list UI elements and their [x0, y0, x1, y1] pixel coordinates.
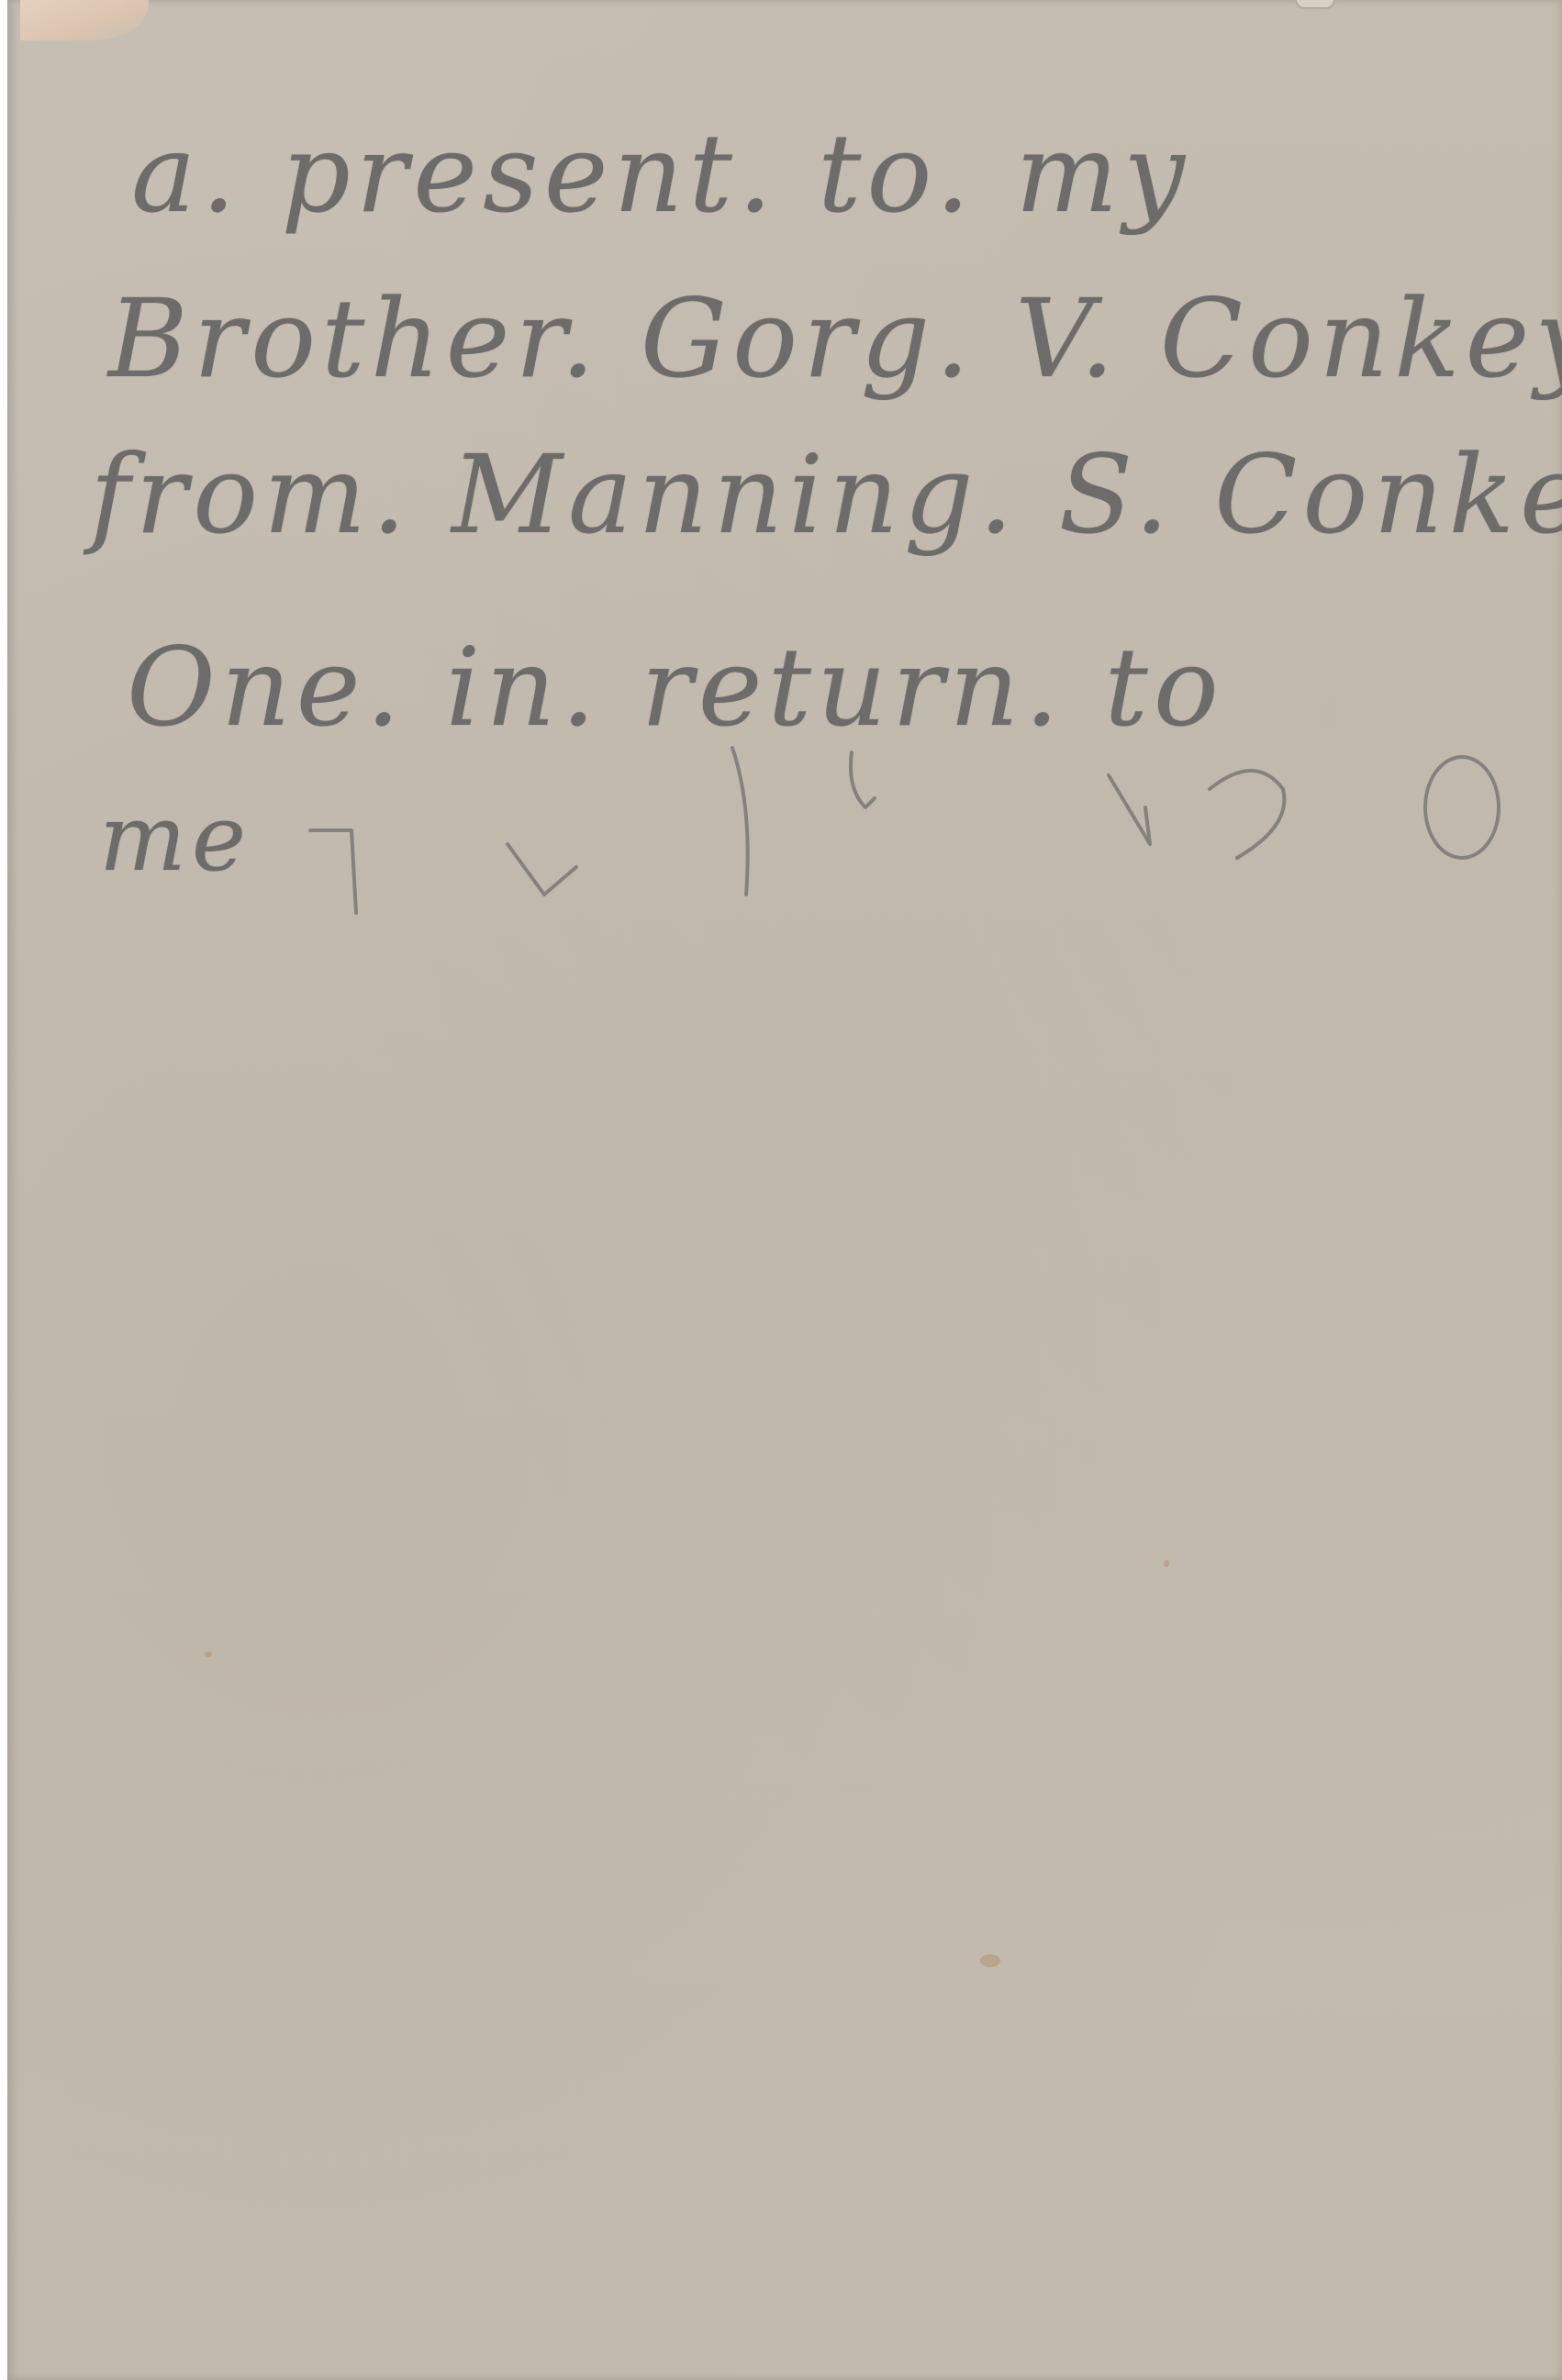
inscription-line-5: me [99, 784, 251, 892]
pencil-inscription: a. present. to. my Brother. Gorg. V. Con… [7, 0, 1562, 963]
foxing-spot [1164, 1560, 1169, 1567]
inscription-line-1: a. present. to. my [131, 110, 1190, 237]
inscription-line-3: from. Manning. S. Conkey [90, 431, 1562, 558]
inscription-line-2: Brother. Gorg. V. Conkey [108, 275, 1562, 402]
card-back: a. present. to. my Brother. Gorg. V. Con… [7, 0, 1562, 2380]
foxing-spot [205, 1652, 212, 1657]
inscription-line-4: One. in. return. to [127, 624, 1224, 751]
foxing-spot [980, 1954, 1000, 1967]
